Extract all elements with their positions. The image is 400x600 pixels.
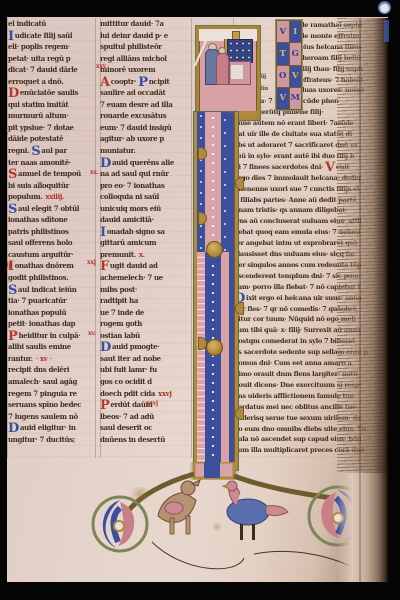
text-line: 7 lugens saulem nō [8,411,96,423]
shaft-lower-section [197,252,229,470]
margin-numeral: xxv [96,63,106,70]
photo-border-top [0,0,400,17]
text-line: gos co ocidit d [100,376,192,388]
illuminated-capital: D [100,160,111,168]
left-beast [158,480,200,534]
text-line: Samuel de tempoū [8,168,96,180]
text-line: doech pdit cidaxxvj [100,388,192,400]
text-line: petit· ionathas dap [8,318,96,330]
text-line: el indicatū [8,18,96,30]
next-page-ornament [378,1,391,14]
text-line: lbeos· 7 ad adū [100,411,192,423]
text-line: regem 7 pinguia re [8,388,96,400]
title-letter-cell: M [290,88,302,109]
photo-border-right [388,0,400,600]
pen-flourish [152,542,244,569]
text-line: colloquia ni saūl [100,191,192,203]
text-line: saut iter ad nobe [100,353,192,365]
title-letter-cell: T [277,43,289,64]
text-line: caustum arguitūr· [8,249,96,261]
text-line: saulire ad occadāt [100,87,192,99]
figure-pink-robe [216,53,229,85]
text-line: alibi saulis emine [8,341,96,353]
page-crease [359,18,361,582]
text-line: mittitur dauid· 7a [100,18,192,30]
margin-numeral: xxj [87,259,96,266]
text-line: ionathas sdītone [8,214,96,226]
text-line: godit philistinos. [8,272,96,284]
illuminated-capital: P [8,333,17,341]
book-fore-edge-curve [337,473,388,582]
photo-border-left [0,0,7,600]
text-line: Ionadab signo sa [100,226,192,238]
title-letter-cell: V [277,21,289,42]
parchment-stain [127,487,153,501]
text-line: pro eo· 7 ionathas [100,180,192,192]
text-line: dauid amicitiā· [100,214,192,226]
illuminated-capital: D [100,344,111,352]
text-line: petat· uita regū p [8,53,96,65]
title-letter-cell: O [277,66,289,87]
text-line: Dauid querēns alie [100,157,192,169]
scene-altar-front [231,65,243,79]
text-line: 7 euam desre ad illa [100,99,192,111]
text-line: amalech· saul agāg [8,376,96,388]
text-line: tia· 7 puaricatūr [8,295,96,307]
text-line: rouarde excusātus [100,110,192,122]
title-letters-panel: VITGOVVM [276,20,302,110]
text-line: Dauid pmogte· [100,341,192,353]
text-line: Denūciatōe saulis [8,87,96,99]
text-line: ubi fuit lamr· fu [100,364,192,376]
illuminated-capital: S [31,148,40,156]
margin-numeral: xxvj [146,400,158,407]
text-line: regni. Saul par [8,145,96,157]
next-page-initial-mark [384,20,389,42]
gold-leaf-ornament [235,177,244,190]
shaft-upper-section [197,112,229,252]
photo-border-bottom [0,582,400,600]
capitula-column-1: el indicatūIudicate filij saūleli· popli… [8,18,96,445]
text-line: gittarū amicum [100,237,192,249]
text-line: agitur· ab uxore p [100,133,192,145]
text-line: Ionathas dnōrem [8,260,96,272]
text-line: Pheiditur in culpā· [8,330,96,342]
gold-knob [206,241,223,258]
text-line: patris philistinos [8,226,96,238]
text-line: ter naas amonitē· [8,157,96,169]
illuminated-capital: S [8,171,17,179]
illuminated-capital: S [8,206,17,214]
text-line: eli· poplis regem· [8,41,96,53]
text-line: Saul elegit 7 obtūl [8,203,96,215]
text-line: Acooptr· Pncipit [100,76,192,88]
text-line: ostian labū [100,330,192,342]
illuminated-capital: D [8,90,19,98]
margin-numeral: xv. [88,330,96,337]
text-line: ue 7 inde de [100,307,192,319]
text-line: muniatur. [100,145,192,157]
text-line: ungitur· 7 ducitūs; [8,434,96,446]
scene-starry-canopy [227,39,253,63]
text-line: Saul indicat ieiūn [8,284,96,296]
text-line: minorē uxorem [100,64,192,76]
initial-shaft [194,112,238,470]
illuminated-capital: S [8,287,17,295]
title-letter-cell: I [290,21,302,42]
chapter-numeral: xxvj [158,389,172,398]
illuminated-capital: P [100,402,109,410]
chapter-numeral: · xv · [36,354,52,363]
text-line: Dauid eligitur· in [8,422,96,434]
text-line: dāide potestatē [8,133,96,145]
text-line: na ad saul qui rnūr [100,168,192,180]
text-line: rantur.· xv · [8,353,96,365]
gold-leaf-ornament [235,407,244,420]
initial-foot-decoration [86,462,378,582]
manuscript-photo: Incipit lib· regum pms· el indicatūIudic… [0,0,400,600]
illuminated-capital: I [100,229,106,237]
text-line: Fugit dauid ad [100,260,192,272]
text-line: dicat· 7 dauid dārle [8,64,96,76]
parchment-stain [212,522,222,532]
text-line: achemelech· 7 ue [100,272,192,284]
text-line: populum.xxiiij. [8,191,96,203]
text-line: erroquet a dnō. [8,76,96,88]
illuminated-capital: P [138,79,147,87]
text-line: rogem goth [100,318,192,330]
title-letter-cell: V [290,66,302,87]
gold-knob [206,339,223,356]
text-line: murmurū altum· [8,110,96,122]
historiated-initial-scene [196,26,260,120]
illuminated-capital: I [8,33,14,41]
book-fore-edge-text [337,18,388,473]
title-letter-cell: G [290,43,302,64]
text-line: qui statim imitāt [8,99,96,111]
text-line: regi alliāns michol [100,53,192,65]
text-line: lui deinr dauid p· e [100,30,192,42]
margin-numeral: xx. [90,169,99,176]
text-line: pit ypsiue· 7 dotae [8,122,96,134]
text-line: mibs post· [100,284,192,296]
gold-leaf-ornament [235,302,244,315]
chapter-numeral: x. [139,250,145,259]
text-line: unicuiq mors eiū [100,203,192,215]
text-line: recipit dns delēri [8,364,96,376]
parchment-page: Incipit lib· regum pms· el indicatūIudic… [7,17,388,582]
text-line: dnūens in desertū [100,434,192,446]
text-line: ionathas populū [8,307,96,319]
text-line: eum· 7 dauid insigū [100,122,192,134]
text-line: seruans spīno bedec [8,399,96,411]
text-line: radtipit ha [100,295,192,307]
text-line: spuitul philisteōr [100,41,192,53]
chapter-numeral: xxiiij. [45,192,64,201]
text-line: saul deserit oc [100,422,192,434]
illuminated-capital: A [100,79,110,87]
capitula-column-2: mittitur dauid· 7alui deinr dauid p· esp… [100,18,192,445]
illuminated-capital: D [8,425,19,433]
text-line: Iudicate filij saūl [8,30,96,42]
title-letter-cell: V [277,88,289,109]
illuminated-capital: V [325,164,335,172]
text-line: bi suis alloquitūr [8,180,96,192]
illuminated-capital: F [100,263,109,271]
text-line: premunit.x. [100,249,192,261]
text-line: saul offerens holo [8,237,96,249]
